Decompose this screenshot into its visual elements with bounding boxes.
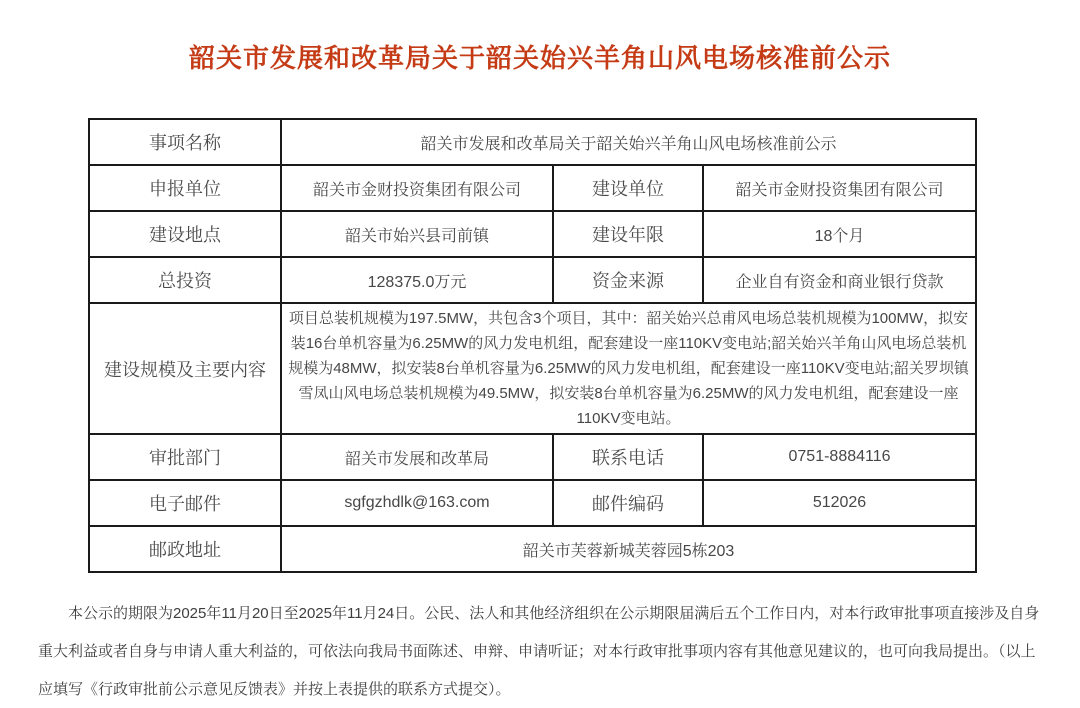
construction-scale-value: 项目总装机规模为197.5MW，共包含3个项目，其中：韶关始兴总甫风电场总装机规… (281, 303, 976, 434)
approval-department-value: 韶关市发展和改革局 (281, 434, 553, 480)
email-label: 电子邮件 (89, 480, 281, 526)
construction-period-label: 建设年限 (553, 211, 703, 257)
page-title: 韶关市发展和改革局关于韶关始兴羊角山风电场核准前公示 (0, 40, 1080, 76)
table-row-units: 申报单位 韶关市金财投资集团有限公司 建设单位 韶关市金财投资集团有限公司 (89, 165, 976, 211)
construction-site-value: 韶关市始兴县司前镇 (281, 211, 553, 257)
total-investment-label: 总投资 (89, 257, 281, 303)
table-row-postal-address: 邮政地址 韶关市芙蓉新城芙蓉园5栋203 (89, 526, 976, 572)
postal-code-value: 512026 (703, 480, 976, 526)
declare-unit-value: 韶关市金财投资集团有限公司 (281, 165, 553, 211)
construction-unit-value: 韶关市金财投资集团有限公司 (703, 165, 976, 211)
construction-period-value: 18个月 (703, 211, 976, 257)
item-name-label: 事项名称 (89, 119, 281, 165)
funding-source-value: 企业自有资金和商业银行贷款 (703, 257, 976, 303)
contact-phone-label: 联系电话 (553, 434, 703, 480)
table-row-approval-contact: 审批部门 韶关市发展和改革局 联系电话 0751-8884116 (89, 434, 976, 480)
contact-phone-value: 0751-8884116 (703, 434, 976, 480)
postal-code-label: 邮件编码 (553, 480, 703, 526)
funding-source-label: 资金来源 (553, 257, 703, 303)
postal-address-value: 韶关市芙蓉新城芙蓉园5栋203 (281, 526, 976, 572)
notice-page: 韶关市发展和改革局关于韶关始兴羊角山风电场核准前公示 事项名称 韶关市发展和改革… (0, 0, 1080, 708)
postal-address-label: 邮政地址 (89, 526, 281, 572)
email-value: sgfgzhdlk@163.com (281, 480, 553, 526)
table-row-email-postcode: 电子邮件 sgfgzhdlk@163.com 邮件编码 512026 (89, 480, 976, 526)
project-info-table: 事项名称 韶关市发展和改革局关于韶关始兴羊角山风电场核准前公示 申报单位 韶关市… (88, 118, 977, 573)
table-row-construction-scale: 建设规模及主要内容 项目总装机规模为197.5MW，共包含3个项目，其中：韶关始… (89, 303, 976, 434)
approval-department-label: 审批部门 (89, 434, 281, 480)
table-row-site-period: 建设地点 韶关市始兴县司前镇 建设年限 18个月 (89, 211, 976, 257)
total-investment-value: 128375.0万元 (281, 257, 553, 303)
table-row-investment-funding: 总投资 128375.0万元 资金来源 企业自有资金和商业银行贷款 (89, 257, 976, 303)
construction-scale-label: 建设规模及主要内容 (89, 303, 281, 434)
construction-site-label: 建设地点 (89, 211, 281, 257)
table-row-item-name: 事项名称 韶关市发展和改革局关于韶关始兴羊角山风电场核准前公示 (89, 119, 976, 165)
construction-unit-label: 建设单位 (553, 165, 703, 211)
item-name-value: 韶关市发展和改革局关于韶关始兴羊角山风电场核准前公示 (281, 119, 976, 165)
declare-unit-label: 申报单位 (89, 165, 281, 211)
public-notice-paragraph: 本公示的期限为2025年11月20日至2025年11月24日。公民、法人和其他经… (38, 595, 1046, 708)
